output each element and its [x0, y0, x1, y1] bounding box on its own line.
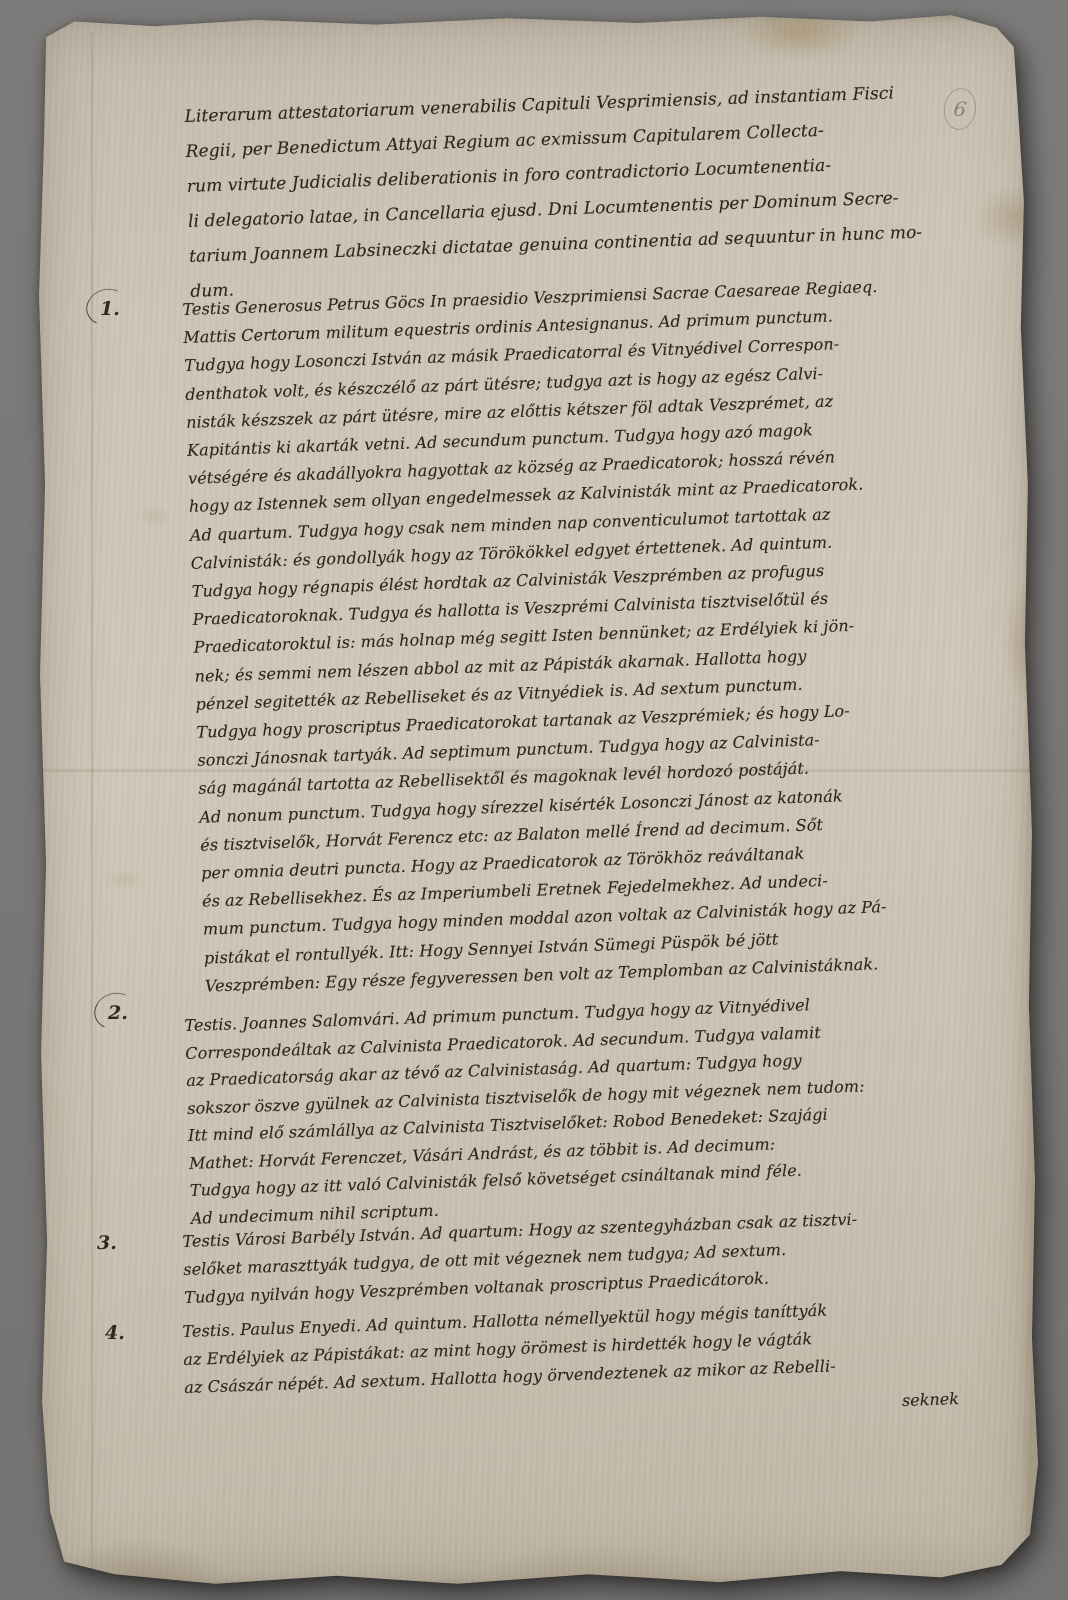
pencil-page-number-value: 6 [952, 96, 968, 122]
manuscript-page: 6 1. 2. 3. 4. Literarum attestatoriarum … [0, 0, 1068, 1600]
margin-number-4: 4. [105, 1322, 125, 1344]
catchword: seknek [902, 1389, 959, 1410]
fold-crease-vertical [90, 32, 94, 1572]
witness-4-testimony: Testis. Paulus Enyedi. Ad quintum. Hallo… [182, 1296, 836, 1402]
scan-background: 6 1. 2. 3. 4. Literarum attestatoriarum … [0, 0, 1068, 1600]
margin-number-3: 3. [97, 1232, 117, 1254]
pencil-page-number: 6 [941, 86, 979, 132]
margin-number-1: 1. [100, 298, 120, 320]
paper-sheet: 6 1. 2. 3. 4. Literarum attestatoriarum … [34, 12, 1042, 1590]
margin-number-2: 2. [108, 1002, 128, 1024]
witness-2-testimony: Testis. Joannes Salomvári. Ad primum pun… [184, 990, 869, 1232]
witness-1-testimony: Testis Generosus Petrus Göcs In praesidi… [182, 273, 900, 1001]
